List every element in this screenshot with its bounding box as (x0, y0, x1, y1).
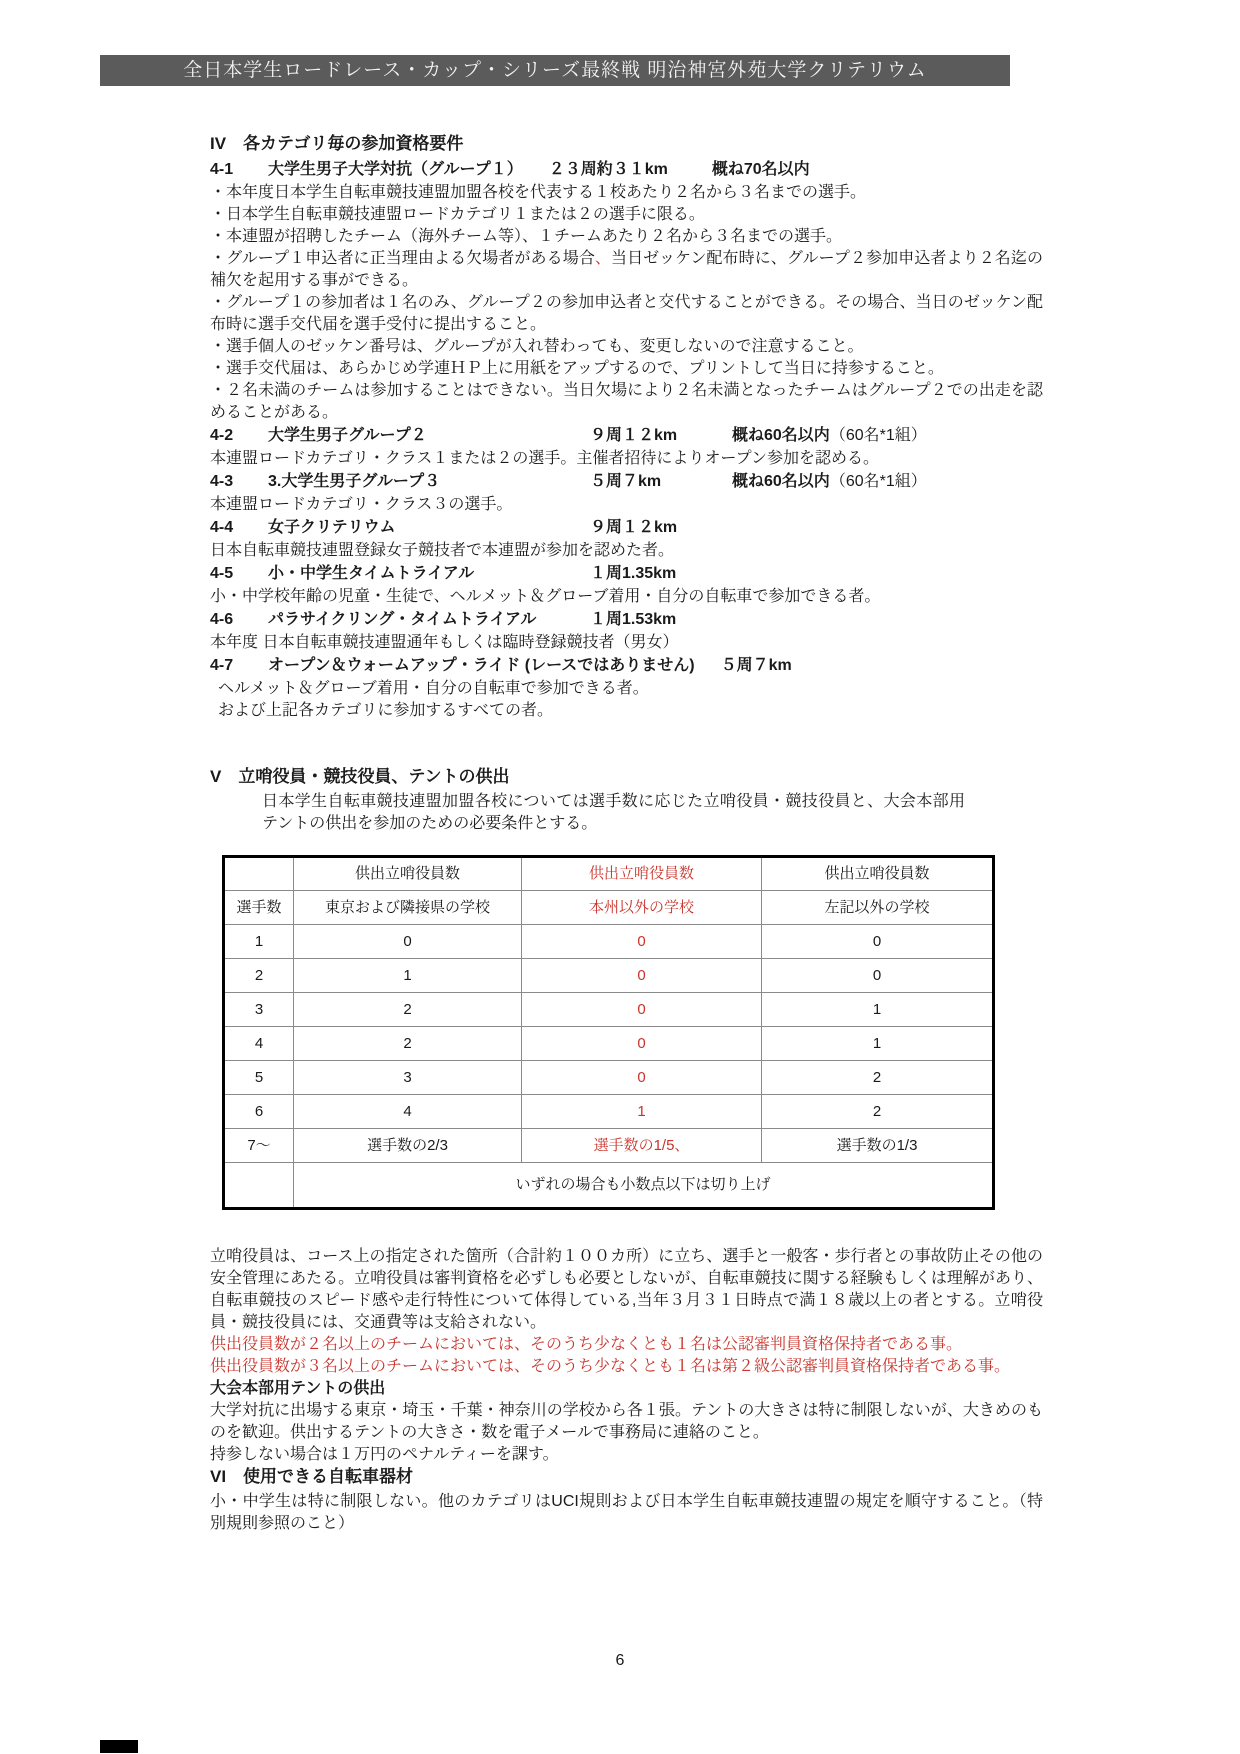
category-row-4-6: 4-6 パラサイクリング・タイムトライアル １周1.53km (210, 608, 1043, 632)
table-cell: 1 (762, 1027, 994, 1061)
bullet-item: ・選手交代届は、あらかじめ学連ＨＰ上に用紙をアップするので、プリントして当日に持… (210, 358, 1043, 380)
table-header-cell: 左記以外の学校 (762, 891, 994, 925)
table-row: 5 3 0 2 (224, 1061, 994, 1095)
table-header-row-2: 選手数 東京および隣接県の学校 本州以外の学校 左記以外の学校 (224, 891, 994, 925)
table-cell: 0 (522, 925, 762, 959)
bullet-item: ・選手個人のゼッケン番号は、グループが入れ替わっても、変更しないので注意すること… (210, 336, 1043, 358)
category-body: 本連盟ロードカテゴリ・クラス３の選手。 (210, 494, 1043, 516)
tent-paragraph: 大学対抗に出場する東京・埼玉・千葉・神奈川の学校から各１張。テントの大きさは特に… (210, 1400, 1043, 1444)
category-number: 4-5 (210, 562, 268, 586)
category-title: オープン＆ウォームアップ・ライド (レースではありません) (268, 654, 695, 678)
bullet-item: ・本年度日本学生自転車競技連盟加盟各校を代表する１校あたり２名から３名までの選手… (210, 182, 1043, 204)
section-v-intro: 日本学生自転車競技連盟加盟各校については選手数に応じた立哨役員・競技役員と、大会… (210, 791, 965, 835)
category-distance: ５周７km (590, 470, 732, 494)
table-cell: 2 (294, 1027, 522, 1061)
red-comma: 、 (595, 250, 611, 267)
table-cell: 選手数の1/3 (762, 1129, 994, 1163)
bullet-item: ・２名未満のチームは参加することはできない。当日欠場により２名未満となったチーム… (210, 380, 1043, 424)
category-distance: ９周１２km (590, 424, 732, 448)
category-body: 小・中学校年齢の児童・生徒で、ヘルメット＆グローブ着用・自分の自転車で参加できる… (210, 586, 1043, 608)
table-cell: 7～ (224, 1129, 294, 1163)
section-vi-heading: VI 使用できる自転車器材 (210, 1466, 1043, 1488)
table-header-cell: 供出立哨役員数 (522, 857, 762, 891)
category-title: 女子クリテリウム (268, 516, 590, 540)
category-body: 本年度 日本自転車競技連盟通年もしくは臨時登録競技者（男女） (210, 632, 1043, 654)
red-rule-1: 供出役員数が２名以上のチームにおいては、そのうち少なくとも１名は公認審判員資格保… (210, 1334, 1043, 1356)
category-title: 3.大学生男子グループ３ (268, 470, 590, 494)
table-cell: 3 (224, 993, 294, 1027)
table-header-row-1: 供出立哨役員数 供出立哨役員数 供出立哨役員数 (224, 857, 994, 891)
document-body: IV 各カテゴリ毎の参加資格要件 4-1 大学生男子大学対抗（グループ１） ２３… (210, 133, 1043, 1535)
table-footer-row: いずれの場合も小数点以下は切り上げ (224, 1163, 994, 1209)
table-cell: 0 (522, 993, 762, 1027)
table-cell (224, 1163, 294, 1209)
category-note: （60名*1組） (830, 470, 927, 494)
category-body: ヘルメット＆グローブ着用・自分の自転車で参加できる者。 (210, 678, 1043, 700)
table-cell: 1 (522, 1095, 762, 1129)
document-title-banner: 全日本学生ロードレース・カップ・シリーズ最終戦 明治神宮外苑大学クリテリウム (100, 55, 1010, 86)
section-vi-body: 小・中学生は特に制限しない。他のカテゴリはUCI規則および日本学生自転車競技連盟… (210, 1491, 1043, 1535)
table-cell: 1 (294, 959, 522, 993)
category-distance: １周1.53km (590, 608, 732, 632)
table-row: 1 0 0 0 (224, 925, 994, 959)
table-cell: 4 (224, 1027, 294, 1061)
table-row: 7～ 選手数の2/3 選手数の1/5、 選手数の1/3 (224, 1129, 994, 1163)
category-number: 4-4 (210, 516, 268, 540)
category-distance: ９周１２km (590, 516, 732, 540)
table-cell: 1 (224, 925, 294, 959)
table-cell: 1 (762, 993, 994, 1027)
table-row: 4 2 0 1 (224, 1027, 994, 1061)
category-body: 日本自転車競技連盟登録女子競技者で本連盟が参加を認めた者。 (210, 540, 1043, 562)
section-iv-heading: IV 各カテゴリ毎の参加資格要件 (210, 133, 1043, 155)
officials-paragraph: 立哨役員は、コース上の指定された箇所（合計約１００カ所）に立ち、選手と一般客・歩… (210, 1246, 1043, 1334)
category-title: 大学生男子大学対抗（グループ１） (268, 158, 523, 182)
category-row-4-5: 4-5 小・中学生タイムトライアル １周1.35km (210, 562, 1043, 586)
table-cell: 0 (522, 959, 762, 993)
table-cell: 選手数の2/3 (294, 1129, 522, 1163)
table-header-cell: 供出立哨役員数 (762, 857, 994, 891)
table-cell: 2 (294, 993, 522, 1027)
table-cell: 選手数の1/5、 (522, 1129, 762, 1163)
table-row: 3 2 0 1 (224, 993, 994, 1027)
table-row: 6 4 1 2 (224, 1095, 994, 1129)
category-distance: ２３周約３１km (549, 158, 668, 182)
bullet-item: ・日本学生自転車競技連盟ロードカテゴリ１または２の選手に限る。 (210, 204, 1043, 226)
corner-mark (100, 1740, 138, 1753)
category-title: パラサイクリング・タイムトライアル (268, 608, 590, 632)
table-cell: 4 (294, 1095, 522, 1129)
category-row-4-3: 4-3 3.大学生男子グループ３ ５周７km 概ね60名以内 （60名*1組） (210, 470, 1043, 494)
bullet-item: ・グループ１申込者に正当理由よる欠場者がある場合、当日ゼッケン配布時に、グループ… (210, 248, 1043, 292)
table-cell: 3 (294, 1061, 522, 1095)
table-cell: 0 (522, 1061, 762, 1095)
category-row-4-2: 4-2 大学生男子グループ２ ９周１２km 概ね60名以内 （60名*1組） (210, 424, 1043, 448)
table-header-cell: 選手数 (224, 891, 294, 925)
table-header-cell (224, 857, 294, 891)
officials-table: 供出立哨役員数 供出立哨役員数 供出立哨役員数 選手数 東京および隣接県の学校 … (222, 855, 995, 1210)
category-number: 4-3 (210, 470, 268, 494)
table-header-cell: 東京および隣接県の学校 (294, 891, 522, 925)
table-cell: 6 (224, 1095, 294, 1129)
category-row-4-7: 4-7 オープン＆ウォームアップ・ライド (レースではありません) ５周７km (210, 654, 1043, 678)
category-body: および上記各カテゴリに参加するすべての者。 (210, 700, 1043, 722)
category-capacity: 概ね60名以内 (732, 424, 830, 448)
category-title: 大学生男子グループ２ (268, 424, 590, 448)
table-cell: 2 (762, 1095, 994, 1129)
document-page: { "colors": { "red": "#c9332b", "banner_… (0, 0, 1240, 1754)
tent-subheading: 大会本部用テントの供出 (210, 1378, 1043, 1400)
category-row-4-1: 4-1 大学生男子大学対抗（グループ１） ２３周約３１km 概ね70名以内 (210, 158, 1043, 182)
category-number: 4-6 (210, 608, 268, 632)
table-cell: 2 (224, 959, 294, 993)
table-cell: 0 (762, 959, 994, 993)
category-note: （60名*1組） (830, 424, 927, 448)
category-number: 4-1 (210, 158, 268, 182)
bullet-item: ・本連盟が招聘したチーム（海外チーム等）、１チームあたり２名から３名までの選手。 (210, 226, 1043, 248)
category-distance: ５周７km (721, 654, 792, 678)
table-footer-note: いずれの場合も小数点以下は切り上げ (294, 1163, 994, 1209)
bullet-text: ・グループ１申込者に正当理由よる欠場者がある場合 (210, 250, 595, 267)
table-cell: 5 (224, 1061, 294, 1095)
category-row-4-4: 4-4 女子クリテリウム ９周１２km (210, 516, 1043, 540)
category-body: 本連盟ロードカテゴリ・クラス１または２の選手。主催者招待によりオープン参加を認め… (210, 448, 1043, 470)
page-number: 6 (0, 1652, 1240, 1670)
category-capacity: 概ね70名以内 (712, 158, 810, 182)
category-capacity: 概ね60名以内 (732, 470, 830, 494)
table-cell: 0 (522, 1027, 762, 1061)
table-cell: 2 (762, 1061, 994, 1095)
bullet-item: ・グループ１の参加者は１名のみ、グループ２の参加申込者と交代することができる。そ… (210, 292, 1043, 336)
table-header-cell: 本州以外の学校 (522, 891, 762, 925)
section-v-heading: V 立哨役員・競技役員、テントの供出 (210, 766, 1043, 788)
table-cell: 0 (294, 925, 522, 959)
tent-penalty: 持参しない場合は１万円のペナルティーを課す。 (210, 1444, 1043, 1466)
category-number: 4-2 (210, 424, 268, 448)
table-row: 2 1 0 0 (224, 959, 994, 993)
red-rule-2: 供出役員数が３名以上のチームにおいては、そのうち少なくとも１名は第２級公認審判員… (210, 1356, 1043, 1378)
table-header-cell: 供出立哨役員数 (294, 857, 522, 891)
table-cell: 0 (762, 925, 994, 959)
category-distance: １周1.35km (590, 562, 732, 586)
category-number: 4-7 (210, 654, 268, 678)
category-title: 小・中学生タイムトライアル (268, 562, 590, 586)
